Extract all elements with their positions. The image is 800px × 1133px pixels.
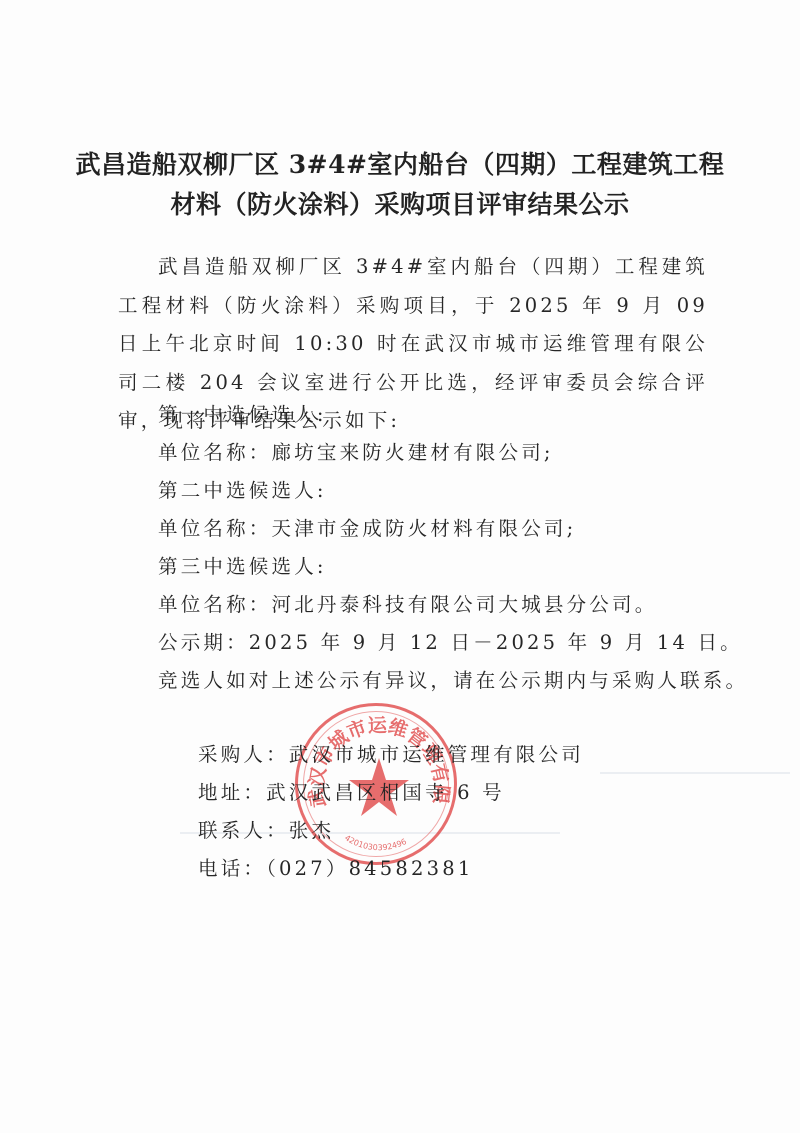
phone: 电话：（027）84582381	[198, 853, 473, 881]
candidate-1-label: 第一中选候选人:	[158, 399, 327, 427]
scan-artifact-line	[600, 772, 790, 774]
seal-number: 4201030392496	[343, 833, 408, 852]
contact-person: 联系人：张杰	[198, 815, 334, 843]
objection-note: 竞选人如对上述公示有异议，请在公示期内与采购人联系。	[158, 665, 748, 693]
purchaser: 采购人：武汉市城市运维管理有限公司	[198, 739, 584, 767]
address: 地址：武汉武昌区相国寺 6 号	[198, 777, 505, 805]
candidate-2-company: 单位名称：天津市金成防火材料有限公司;	[158, 513, 576, 541]
publicity-period: 公示期：2025 年 9 月 12 日－2025 年 9 月 14 日。	[158, 627, 743, 655]
candidate-2-label: 第二中选候选人:	[158, 475, 327, 503]
candidate-3-company: 单位名称：河北丹泰科技有限公司大城县分公司。	[158, 589, 657, 617]
document-title-line-2: 材料（防火涂料）采购项目评审结果公示	[0, 185, 800, 221]
document-title-line-1: 武昌造船双柳厂区 3#4#室内船台（四期）工程建筑工程	[0, 145, 800, 181]
svg-text:4201030392496: 4201030392496	[343, 833, 408, 852]
candidate-1-company: 单位名称：廊坊宝来防火建材有限公司;	[158, 437, 554, 465]
candidate-3-label: 第三中选候选人:	[158, 551, 327, 579]
